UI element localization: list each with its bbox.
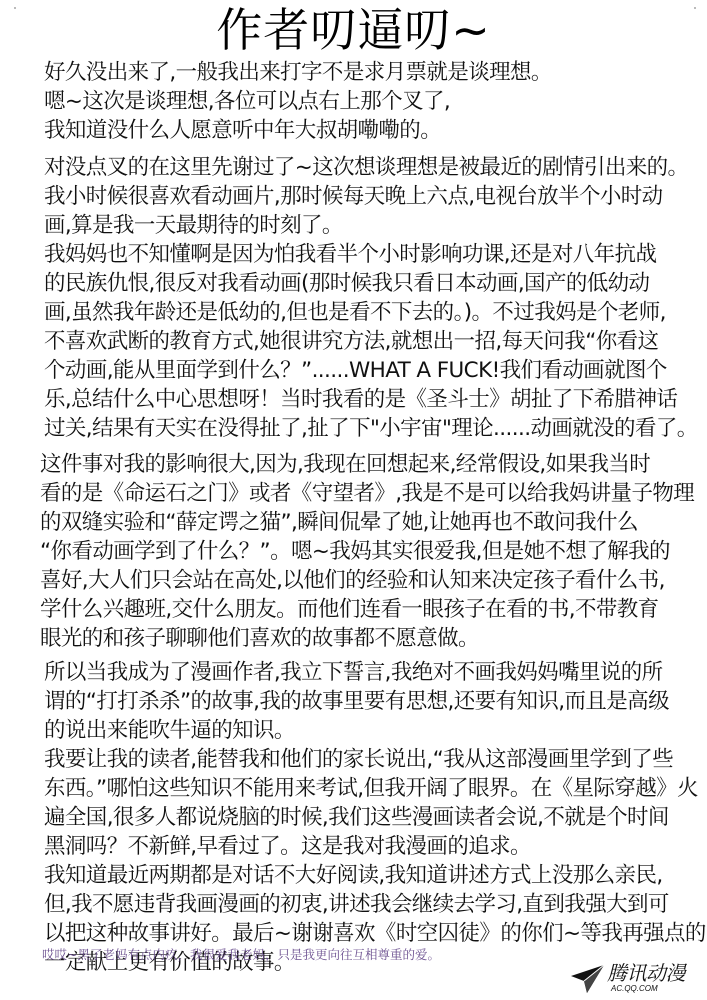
text-line: 过关,结果有天实在没得扯了,扯了下"小宇宙"理论......动画就没的看了。 (44, 414, 694, 443)
text-line: 眼光的和孩子聊聊他们喜欢的故事都不愿意做。 (40, 624, 690, 653)
tencent-comic-logo: 腾讯动漫 AC.QQ.COM (571, 962, 699, 998)
text-line: 所以当我成为了漫画作者,我立下誓言,我绝对不画我妈妈嘴里说的所 (44, 658, 694, 687)
text-line: 嗯~这次是谈理想,各位可以点右上那个叉了, (44, 87, 694, 116)
text-line: 谓的“打打杀杀”的故事,我的故事里要有思想,还要有知识,而且是高级 (44, 687, 694, 716)
text-line: 的双缝实验和“薛定谔之猫”,瞬间侃晕了她,让她再也不敢问我什么 (40, 508, 690, 537)
logo-brand-text: 腾讯动漫 (607, 962, 685, 984)
text-line: 的民族仇恨,很反对我看动画(那时候我只看日本动画,国产的低幼动 (44, 269, 694, 298)
text-line: 我知道最近两期都是对话不大好阅读,我知道讲述方式上没那么亲民, (44, 861, 694, 890)
text-line: 我妈妈也不知懂啊是因为怕我看半个小时影响功课,还是对八年抗战 (44, 240, 694, 269)
text-line: 好久没出来了,一般我出来打字不是求月票就是谈理想。 (44, 58, 694, 87)
text-line: 画,虽然我年龄还是低幼的,但也是看不下去的。)。不过我妈是个老师, (44, 298, 694, 327)
text-line: 东西。”哪怕这些知识不能用来考试,但我开阔了眼界。在《星际穿越》火 (44, 774, 694, 803)
text-line: 对没点叉的在这里先谢过了~这次想谈理想是被最近的剧情引出来的。 (44, 153, 694, 182)
text-line: 这件事对我的影响很大,因为,我现在回想起来,经常假设,如果我当时 (40, 450, 690, 479)
text-line: 遍全国,很多人都说烧脑的时候,我们这些漫画读者会说,不就是个时间 (44, 803, 694, 832)
page-title: 作者叨逼叨~ (0, 2, 707, 58)
text-line: “你看动画学到了什么？”。嗯~我妈其实很爱我,但是她不想了解我的 (40, 537, 690, 566)
logo-url-text: AC.QQ.COM (611, 984, 658, 994)
text-line: 喜好,大人们只会站在高处,以他们的经验和认知来决定孩子看什么书, (40, 566, 690, 595)
text-line: 的说出来能吹牛逼的知识。 (44, 716, 694, 745)
text-line: 不喜欢武断的教育方式,她很讲究方法,就想出一招,每天问我“你看这 (44, 327, 694, 356)
text-line: 黑洞吗？不新鲜,早看过了。这是我对我漫画的追求。 (44, 832, 694, 861)
text-line: 但,我不愿违背我画漫画的初衷,讲述我会继续去学习,直到我强大到可 (44, 890, 694, 919)
footnote: 哎哎~黑了老妈有点内疚，我很爱我老妈，只是我更向往互相尊重的爱。 (42, 946, 440, 964)
text-line: 看的是《命运石之门》或者《守望者》,我是不是可以给我妈讲量子物理 (40, 479, 690, 508)
text-line: 乐,总结什么中心思想呀！当时我看的是《圣斗士》胡扯了下希腊神话 (44, 385, 694, 414)
text-line: 我小时候很喜欢看动画片,那时候每天晚上六点,电视台放半个小时动 (44, 182, 694, 211)
text-line: 学什么兴趣班,交什么朋友。而他们连看一眼孩子在看的书,不带教育 (40, 595, 690, 624)
paragraph-3: 这件事对我的影响很大,因为,我现在回想起来,经常假设,如果我当时 看的是《命运石… (40, 450, 690, 653)
paragraph-1: 好久没出来了,一般我出来打字不是求月票就是谈理想。 嗯~这次是谈理想,各位可以点… (44, 58, 694, 145)
text-line: 个动画,能从里面学到什么？”......WHAT A FUCK!我们看动画就图个 (44, 356, 694, 385)
paragraph-4: 所以当我成为了漫画作者,我立下誓言,我绝对不画我妈妈嘴里说的所 谓的“打打杀杀”… (44, 658, 694, 977)
text-line: 我知道没什么人愿意听中年大叔胡嘞嘞的。 (44, 116, 694, 145)
paragraph-2: 对没点叉的在这里先谢过了~这次想谈理想是被最近的剧情引出来的。 我小时候很喜欢看… (44, 153, 694, 443)
paper-plane-icon (571, 964, 605, 994)
text-line: 画,算是我一天最期待的时刻了。 (44, 211, 694, 240)
text-line: 以把这种故事讲好。最后~谢谢喜欢《时空囚徒》的你们~等我再强点的 (44, 919, 694, 948)
text-line: 我要让我的读者,能替我和他们的家长说出,“我从这部漫画里学到了些 (44, 745, 694, 774)
